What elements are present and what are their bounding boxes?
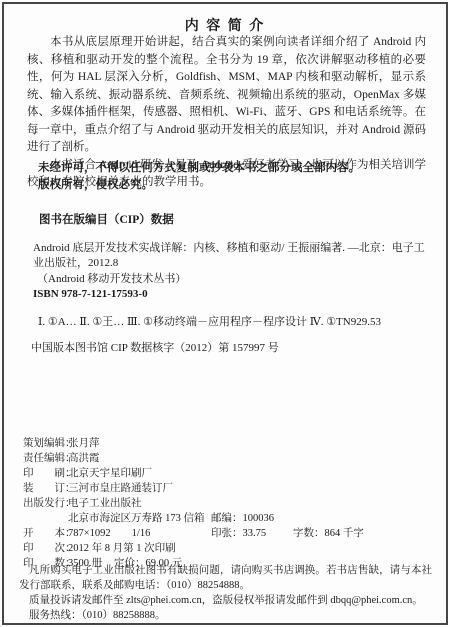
footer-notes: 凡所购买电子工业出版社图书有缺损问题，请向购买书店调换。若书店售缺，请与本社发行…: [19, 563, 432, 623]
copyright-notice: 未经许可，不得以任何方式复制或抄袭本书之部分或全部内容。 版权所有，侵权必究。: [38, 160, 426, 194]
word-count: 字数：864 千字: [293, 526, 364, 541]
colophon-row-format: 开 本： 787×1092 1/16 印张：33.75 字数：864 千字: [21, 526, 432, 541]
cip-isbn: ISBN 978-7-121-17593-0: [33, 287, 428, 303]
colophon-row-planning-editor: 策划编辑： 张月萍: [21, 436, 432, 451]
footer-hotline: 服务热线：（010）88258888。: [19, 608, 432, 623]
publisher-address: 北京市海淀区万寿路 173 信箱: [68, 511, 205, 526]
cip-title-line: Android 底层开发技术实战详解：内核、移植和驱动/ 王振丽编著. —北京：…: [33, 241, 428, 272]
book-copyright-page: 内 容 简 介 本书从底层原理开始讲起，结合真实的案例向读者详细介绍了 Andr…: [2, 2, 448, 625]
colophon-row-address: 北京市海淀区万寿路 173 信箱 邮编：100036: [21, 511, 432, 526]
cip-classification: Ⅰ. ①A… Ⅱ. ①王… Ⅲ. ①移动终端－应用程序－程序设计 Ⅳ. ①TN9…: [38, 315, 428, 331]
colophon-row-publisher: 出版发行： 电子工业出版社: [21, 496, 432, 511]
colophon-row-impression: 印 次： 2012 年 8 月第 1 次印刷: [21, 541, 432, 556]
colophon-section: 策划编辑： 张月萍 责任编辑： 高洪霞 印 刷： 北京天宇星印刷厂 装 订： 三…: [21, 431, 432, 571]
cip-section: 图书在版编目（CIP）数据 Android 底层开发技术实战详解：内核、移植和驱…: [27, 213, 428, 357]
footer-complaint-note: 质量投诉请发邮件至 zlts@phei.com.cn，盗版侵权举报请发邮件到 d…: [19, 593, 432, 608]
summary-paragraph-1: 本书从底层原理开始讲起，结合真实的案例向读者详细介绍了 Android 内核、移…: [27, 34, 426, 157]
colophon-value: 三河市皇庄路通装订厂: [68, 481, 173, 496]
impression-info: 2012 年 8 月第 1 次印刷: [68, 541, 176, 556]
footer-exchange-note: 凡所购买电子工业出版社图书有缺损问题，请向购买书店调换。若书店售缺，请与本社发行…: [19, 563, 432, 593]
postcode: 邮编：100036: [211, 511, 274, 526]
colophon-value: 高洪霞: [68, 451, 100, 466]
colophon-value: 张月萍: [68, 436, 100, 451]
colophon-value: 电子工业出版社: [68, 496, 142, 511]
copyright-notice-line-1: 未经许可，不得以任何方式复制或抄袭本书之部分或全部内容。: [38, 160, 426, 177]
cip-series-line: （Android 移动开发技术丛书）: [37, 272, 428, 288]
colophon-row-binder: 装 订： 三河市皇庄路通装订厂: [21, 481, 432, 496]
colophon-value: 北京天宇星印刷厂: [68, 466, 152, 481]
cip-heading: 图书在版编目（CIP）数据: [39, 213, 428, 229]
page-title: 内 容 简 介: [4, 15, 446, 35]
book-format: 787×1092 1/16: [68, 526, 150, 541]
colophon-row-printer: 印 刷： 北京天宇星印刷厂: [21, 466, 432, 481]
copyright-notice-line-2: 版权所有，侵权必究。: [38, 177, 426, 194]
printed-sheets: 印张：33.75: [211, 526, 266, 541]
colophon-row-executive-editor: 责任编辑： 高洪霞: [21, 451, 432, 466]
cip-record-number: 中国版本图书馆 CIP 数据核字（2012）第 157997 号: [31, 341, 428, 357]
